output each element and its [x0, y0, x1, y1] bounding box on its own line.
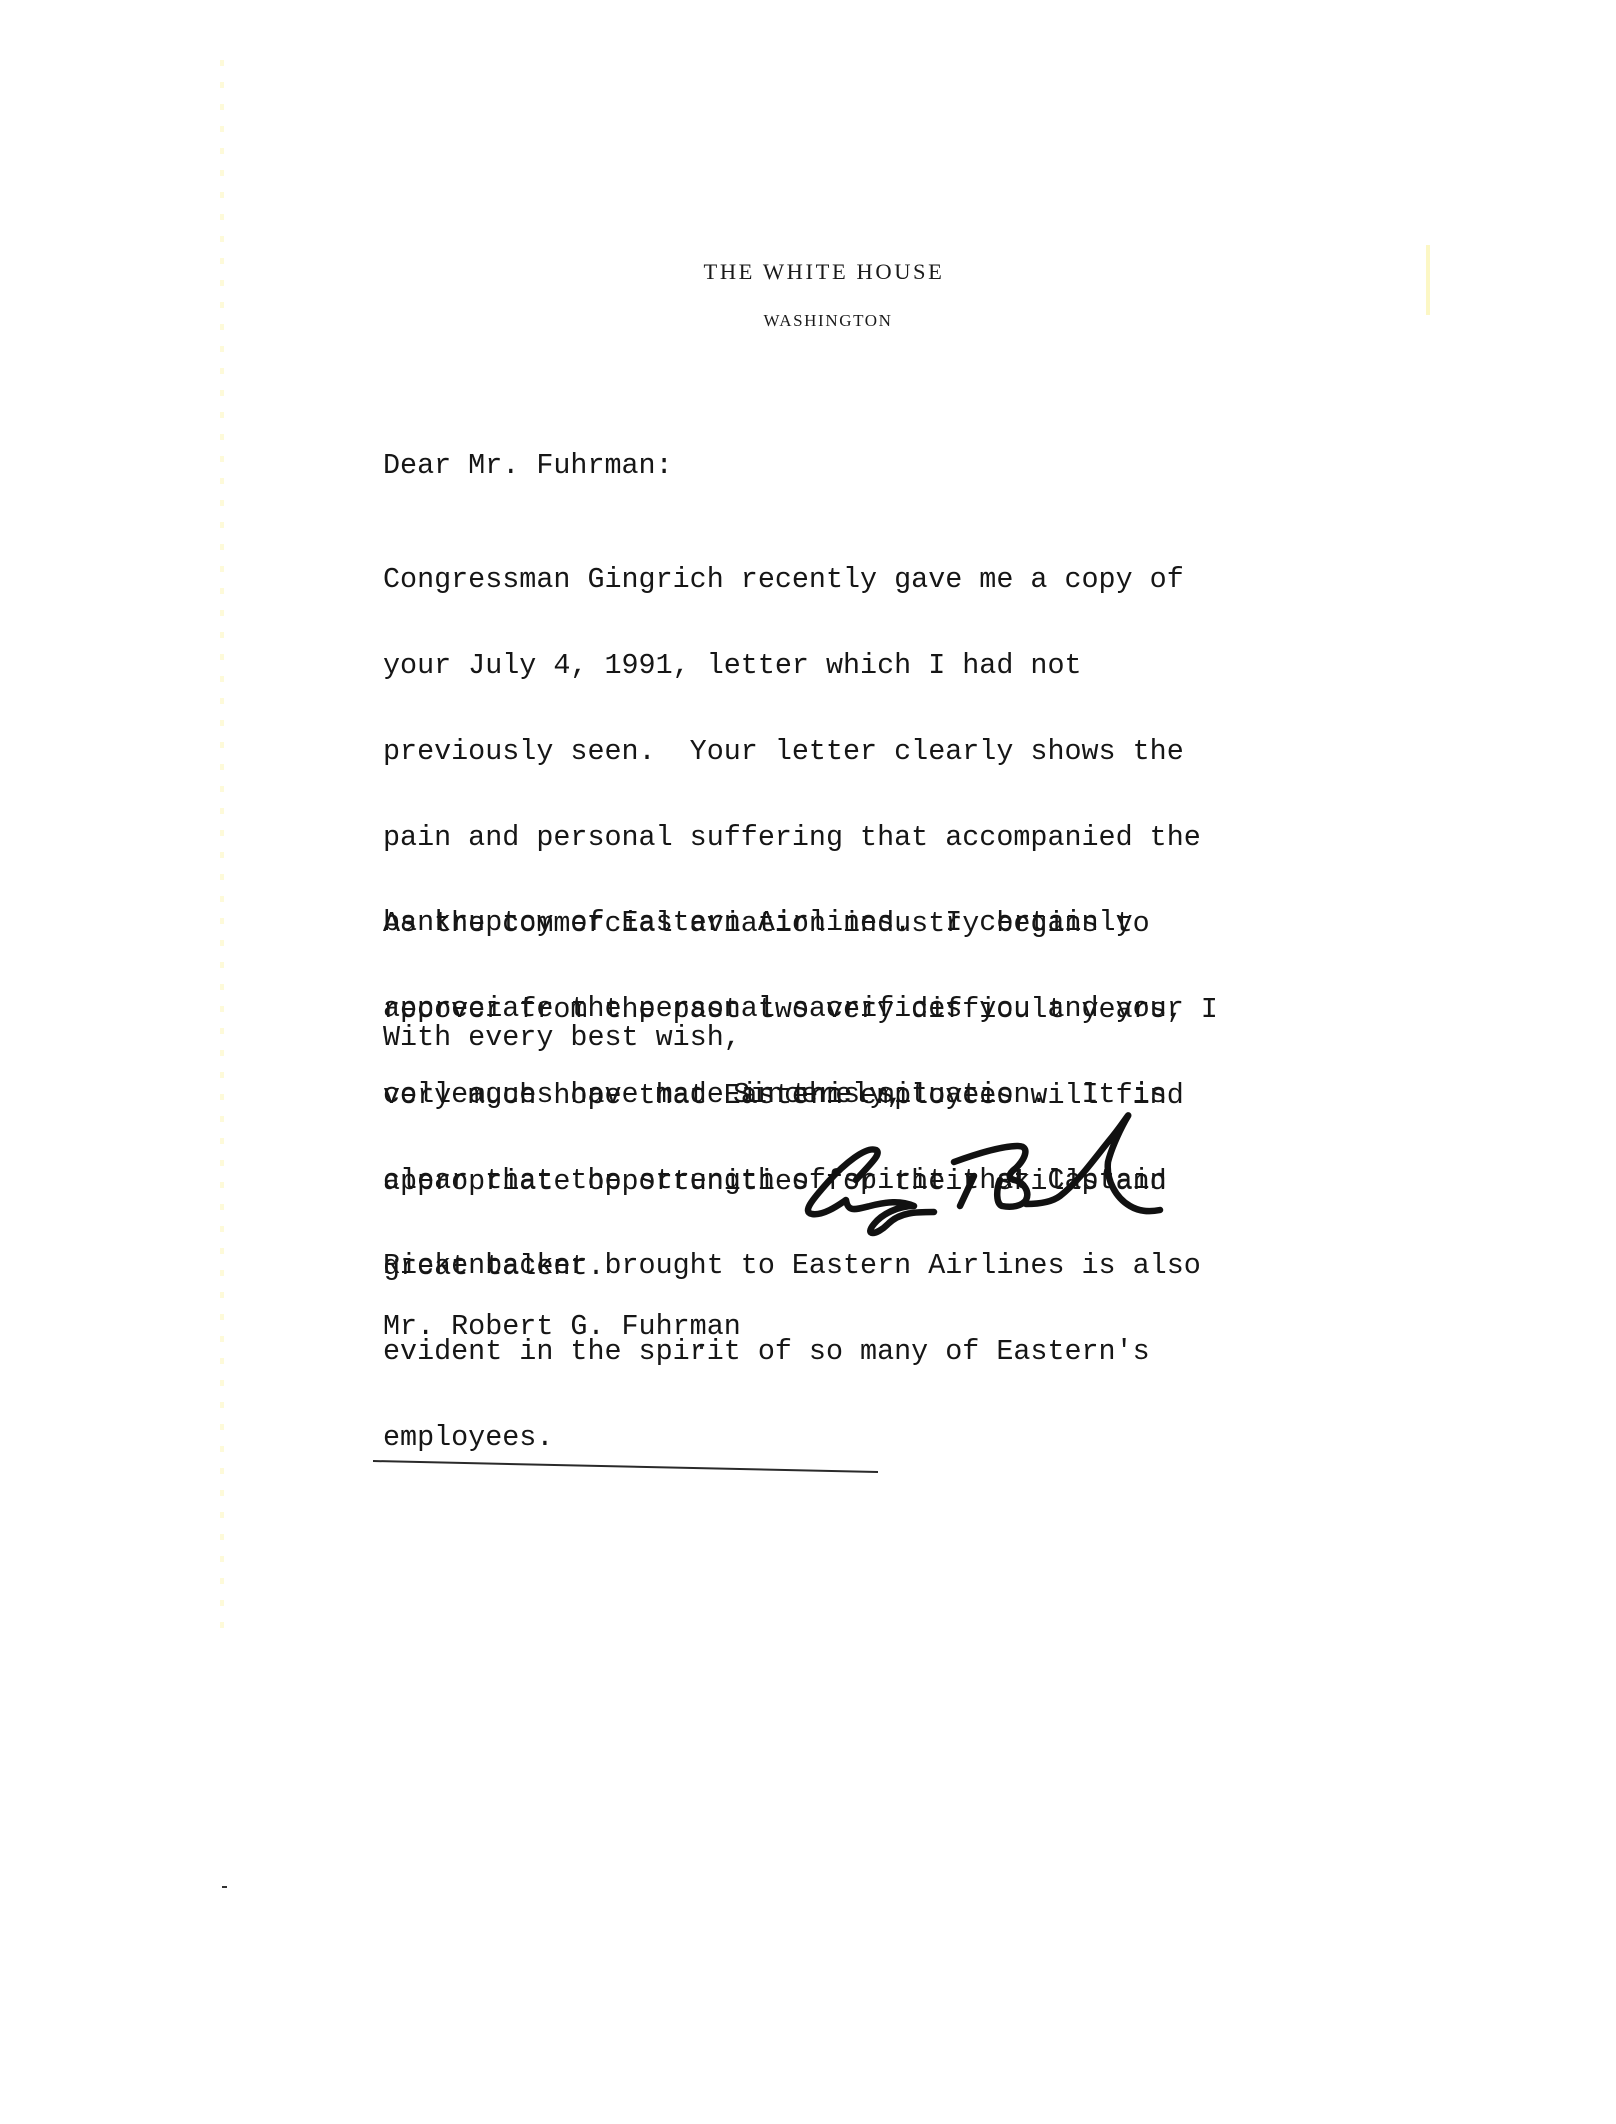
paragraph-line: employees. — [383, 1424, 1201, 1453]
paragraph-line: previously seen. Your letter clearly sho… — [383, 738, 1201, 767]
signature-icon — [790, 1100, 1170, 1250]
paragraph-line: pain and personal suffering that accompa… — [383, 824, 1201, 853]
scan-speck — [222, 1886, 227, 1888]
letter-page: THE WHITE HOUSE WASHINGTON Dear Mr. Fuhr… — [0, 0, 1616, 2124]
recipient-name: Mr. Robert G. Fuhrman — [383, 1313, 741, 1342]
letterhead-title: THE WHITE HOUSE — [0, 259, 1616, 285]
closing-line: With every best wish, — [383, 1024, 741, 1053]
letterhead-location: WASHINGTON — [0, 311, 1616, 331]
paragraph-line: Congressman Gingrich recently gave me a … — [383, 566, 1201, 595]
paragraph-line: As the commercial aviation industry begi… — [383, 910, 1218, 939]
scan-artifact-left — [220, 60, 224, 1640]
scan-speck — [700, 1346, 703, 1349]
salutation: Dear Mr. Fuhrman: — [383, 452, 673, 481]
paragraph-line: your July 4, 1991, letter which I had no… — [383, 652, 1201, 681]
paragraph-line: great talent. — [383, 1253, 1218, 1282]
